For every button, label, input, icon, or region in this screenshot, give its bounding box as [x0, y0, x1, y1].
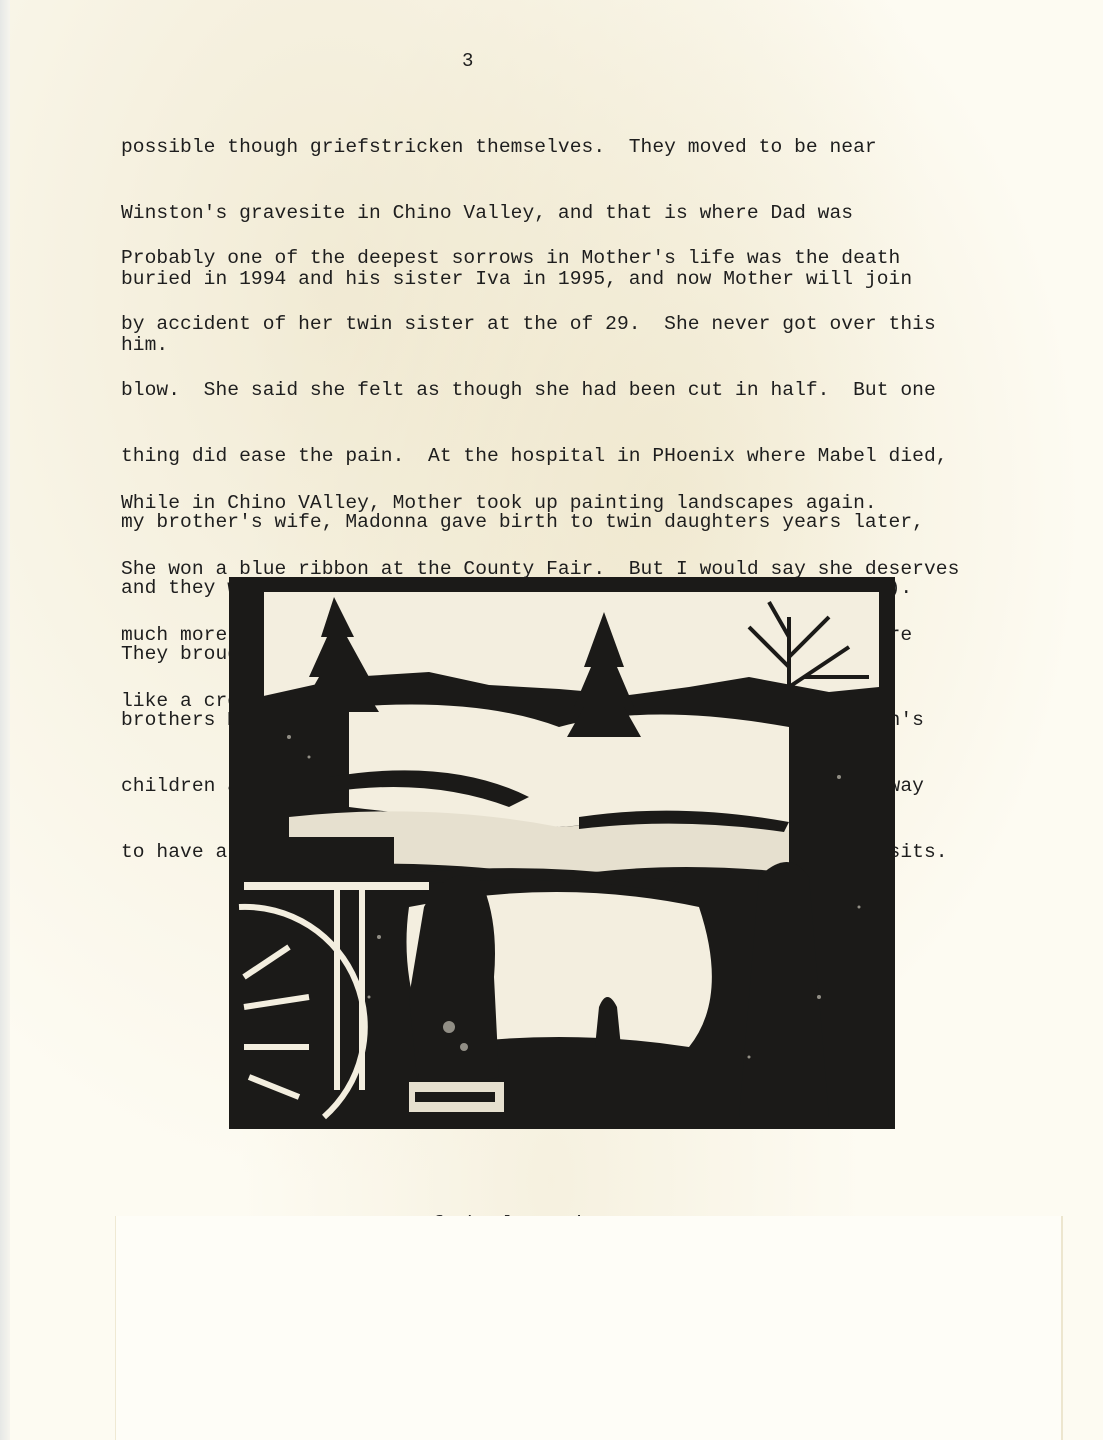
painting-image [229, 577, 895, 1129]
text-line: Probably one of the deepest sorrows in M… [121, 247, 948, 269]
page-edge [0, 0, 10, 1440]
blank-lower-area [115, 1216, 1063, 1440]
text-line: by accident of her twin sister at the of… [121, 313, 948, 335]
text-line: blow. She said she felt as though she ha… [121, 379, 948, 401]
text-line: possible though griefstricken themselves… [121, 136, 912, 158]
text-line: While in Chino VAlley, Mother took up pa… [121, 492, 959, 514]
document-page: 3 possible though griefstricken themselv… [0, 0, 1103, 1440]
page-number: 3 [462, 50, 473, 72]
